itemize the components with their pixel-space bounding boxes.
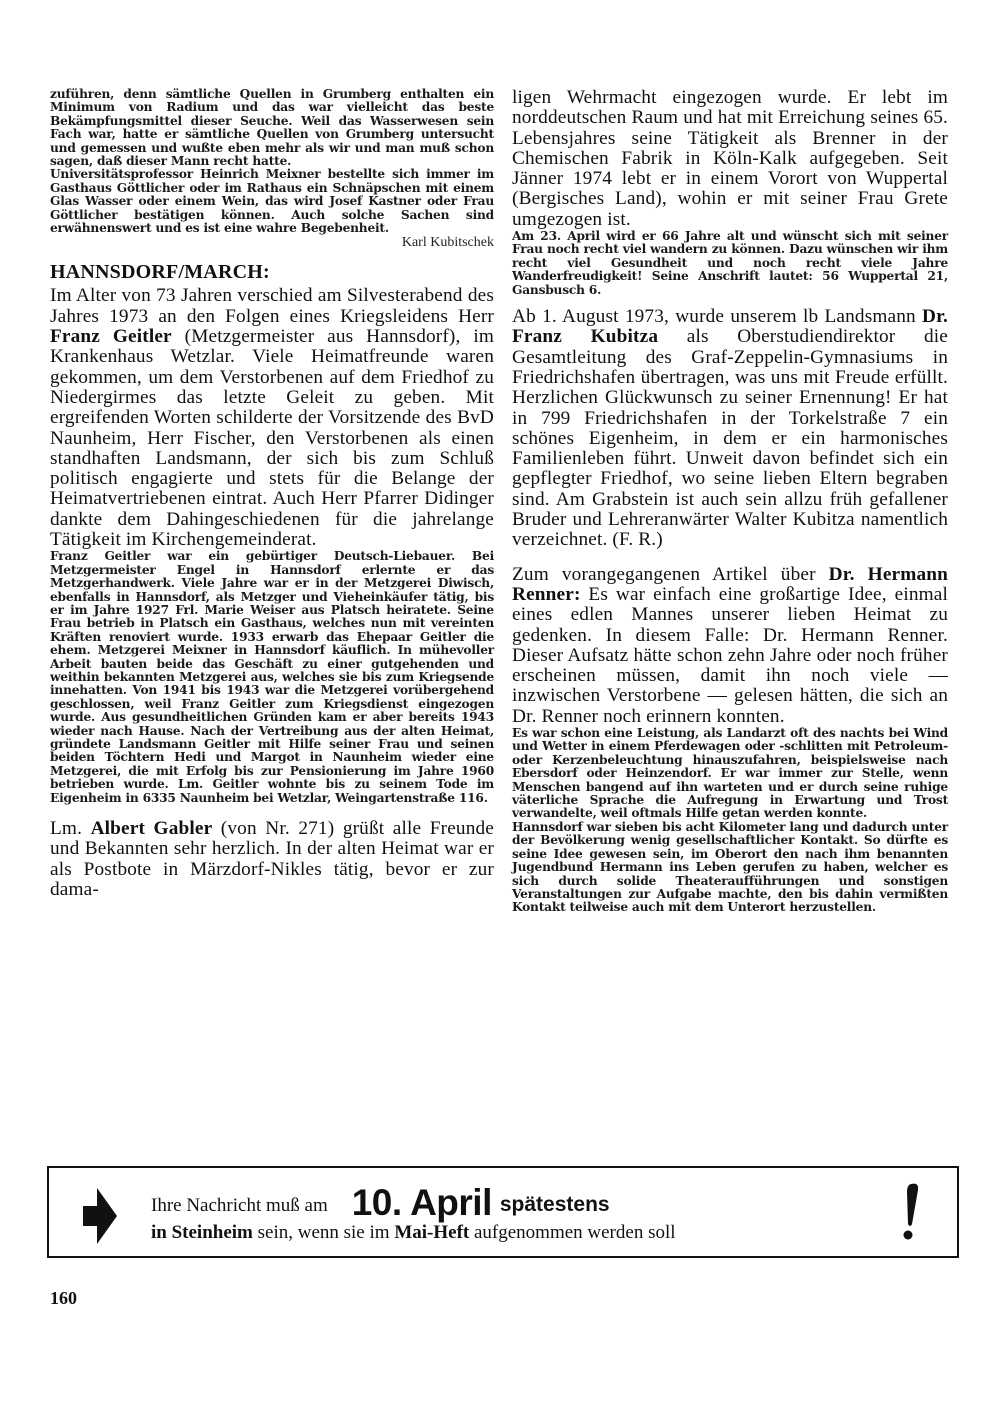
renner-detail-2: Hannsdorf war sieben bis acht Kilometer … [512, 821, 948, 915]
biography-paragraph: Franz Geitler war ein gebürtiger Deutsch… [50, 550, 494, 805]
notice-suffix: spätestens [500, 1193, 610, 1216]
deadline-notice-box: Ihre Nachricht muß am10. Aprilspätestens… [47, 1166, 959, 1258]
notice-text-mid: sein, wenn sie im [253, 1222, 394, 1243]
right-column: ligen Wehrmacht eingezogen wurde. Er leb… [512, 88, 948, 915]
renner-text-start: Zum vorangegangenen Artikel über [512, 564, 829, 585]
left-column: zuführen, denn sämtliche Quellen in Grum… [50, 88, 494, 900]
obituary-text-end: (Metzgermeister aus Hannsdorf), im Krank… [50, 326, 494, 550]
kubitza-paragraph: Ab 1. August 1973, wurde unserem lb Land… [512, 307, 948, 551]
deadline-date: 10. April [352, 1182, 492, 1223]
author-signature: Karl Kubitschek [50, 235, 494, 250]
kubitza-text-start: Ab 1. August 1973, wurde unserem lb Land… [512, 306, 922, 327]
intro-paragraph-1: zuführen, denn sämtliche Quellen in Grum… [50, 88, 494, 168]
renner-detail-1: Es war schon eine Leistung, als Landarzt… [512, 727, 948, 821]
notice-line-1: Ihre Nachricht muß am10. Aprilspätestens [151, 1182, 610, 1224]
notice-text-end: aufgenommen werden soll [469, 1222, 675, 1243]
kubitza-text-end: als Oberstudiendirektor die Gesamtleitun… [512, 326, 948, 550]
notice-text: Ihre Nachricht muß am [151, 1195, 328, 1216]
arrow-right-icon [83, 1188, 123, 1244]
renner-text-end: Es war einfach eine großartige Idee, ein… [512, 584, 948, 727]
obituary-name: Franz Geitler [50, 326, 172, 347]
notice-line-2: in Steinheim sein, wenn sie im Mai-Heft … [151, 1222, 676, 1244]
greeting-continued: ligen Wehrmacht eingezogen wurde. Er leb… [512, 88, 948, 230]
section-heading: HANNSDORF/MARCH: [50, 260, 494, 284]
birthday-note: Am 23. April wird er 66 Jahre alt und wü… [512, 230, 948, 297]
greeting-paragraph: Lm. Albert Gabler (von Nr. 271) grüßt al… [50, 819, 494, 900]
intro-paragraph-2: Universitätsprofessor Heinrich Meixner b… [50, 168, 494, 235]
page-number: 160 [50, 1288, 77, 1309]
renner-paragraph: Zum vorangegangenen Artikel über Dr. Her… [512, 565, 948, 727]
notice-issue: Mai-Heft [394, 1222, 469, 1243]
obituary-paragraph: Im Alter von 73 Jahren verschied am Silv… [50, 286, 494, 550]
greeting-prefix: Lm. [50, 818, 91, 839]
notice-location: in Steinheim [151, 1222, 253, 1243]
exclamation-icon [901, 1182, 923, 1242]
obituary-text-start: Im Alter von 73 Jahren verschied am Silv… [50, 285, 494, 326]
greeting-name: Albert Gabler [91, 818, 213, 839]
